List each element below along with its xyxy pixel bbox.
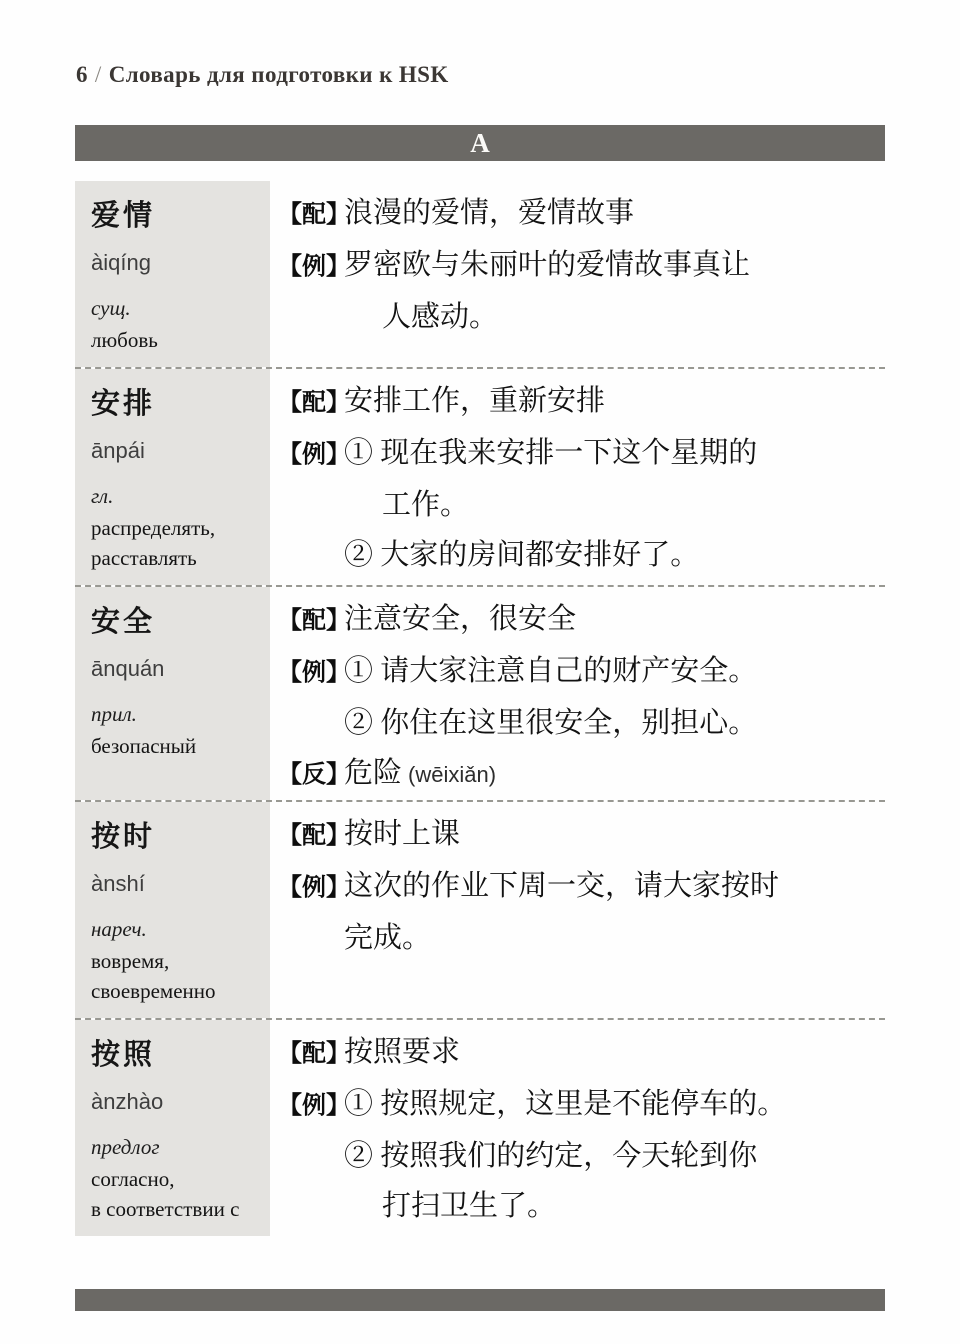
headword: 安排	[91, 381, 262, 422]
dictionary-page: 6/Словарь для подготовки к HSK A 爱情àiqín…	[0, 0, 960, 1344]
headword: 安全	[91, 599, 262, 640]
line-label: 【配】	[278, 596, 344, 646]
translation: вовремя,своевременно	[91, 946, 262, 1006]
translation-line: любовь	[91, 325, 262, 355]
translation-line: в соответствии с	[91, 1194, 262, 1224]
entries: 爱情àiqíngсущ.любовь【配】浪漫的爱情，爱情故事【例】罗密欧与朱丽…	[75, 181, 885, 1236]
section-letter: A	[470, 128, 490, 158]
headword: 爱情	[91, 193, 262, 234]
translation: согласно,в соответствии с	[91, 1164, 262, 1224]
entry-line: 人感动。	[278, 292, 885, 342]
entry-line: ② 你住在这里很安全，别担心。	[278, 698, 885, 748]
line-label: 【例】	[278, 863, 344, 913]
dictionary-entry: 安全ānquánприл.безопасный【配】注意安全，很安全【例】① 请…	[75, 585, 885, 800]
line-label: 【例】	[278, 1081, 344, 1131]
line-text: ② 你住在这里很安全，别担心。	[344, 707, 757, 739]
line-text: 罗密欧与朱丽叶的爱情故事真让	[344, 249, 750, 281]
translation-line: распределять,	[91, 513, 262, 543]
line-label: 【反】	[278, 750, 344, 800]
line-text: 完成。	[344, 922, 431, 954]
translation-line: вовремя,	[91, 946, 262, 976]
line-text: 打扫卫生了。	[382, 1190, 556, 1222]
entry-line: 【配】注意安全，很安全	[278, 594, 885, 646]
entry-right-panel: 【配】浪漫的爱情，爱情故事【例】罗密欧与朱丽叶的爱情故事真让人感动。	[270, 181, 885, 367]
part-of-speech: сущ.	[91, 294, 262, 322]
line-text: 这次的作业下周一交，请大家按时	[344, 870, 779, 902]
entry-left-panel: 按时ànshíнареч.вовремя,своевременно	[75, 802, 270, 1018]
entry-line: 【配】按照要求	[278, 1027, 885, 1079]
entry-line: 【例】① 现在我来安排一下这个星期的	[278, 428, 885, 480]
translation-line: согласно,	[91, 1164, 262, 1194]
dictionary-entry: 按照ànzhàoпредлогсогласно,в соответствии с…	[75, 1018, 885, 1236]
entry-line: 完成。	[278, 913, 885, 963]
line-text: 按时上课	[344, 818, 460, 850]
pinyin: àiqíng	[91, 250, 262, 276]
page-header: 6/Словарь для подготовки к HSK	[76, 62, 449, 88]
page-title: Словарь для подготовки к HSK	[109, 62, 449, 87]
entry-line: 【配】浪漫的爱情，爱情故事	[278, 188, 885, 240]
headword: 按时	[91, 814, 262, 855]
header-separator: /	[88, 62, 109, 87]
line-text: ① 按照规定，这里是不能停车的。	[344, 1088, 786, 1120]
entry-left-panel: 安全ānquánприл.безопасный	[75, 587, 270, 800]
translation: безопасный	[91, 731, 262, 761]
pinyin: ānquán	[91, 656, 262, 682]
line-label: 【配】	[278, 378, 344, 428]
line-label: 【配】	[278, 1029, 344, 1079]
entry-line: 【例】① 请大家注意自己的财产安全。	[278, 646, 885, 698]
entry-line: 打扫卫生了。	[278, 1181, 885, 1231]
entry-line: ② 大家的房间都安排好了。	[278, 530, 885, 580]
dictionary-entry: 按时ànshíнареч.вовремя,своевременно【配】按时上课…	[75, 800, 885, 1018]
line-label: 【配】	[278, 190, 344, 240]
part-of-speech: прил.	[91, 700, 262, 728]
part-of-speech: предлог	[91, 1133, 262, 1161]
section-letter-bar: A	[75, 125, 885, 161]
entry-line: 【反】危险(wēixiǎn)	[278, 748, 885, 800]
line-text: 按照要求	[344, 1036, 460, 1068]
line-text: 人感动。	[382, 301, 498, 333]
translation-line: расставлять	[91, 543, 262, 573]
entry-line: 【配】按时上课	[278, 809, 885, 861]
pinyin: ànshí	[91, 871, 262, 897]
line-text: ① 现在我来安排一下这个星期的	[344, 437, 757, 469]
footer-bar	[75, 1289, 885, 1311]
line-text: 安排工作，重新安排	[344, 385, 605, 417]
pinyin: ànzhào	[91, 1089, 262, 1115]
translation: распределять,расставлять	[91, 513, 262, 573]
entry-line: 【配】安排工作，重新安排	[278, 376, 885, 428]
line-text: ② 按照我们的约定，今天轮到你	[344, 1140, 757, 1172]
translation-line: безопасный	[91, 731, 262, 761]
line-text: 危险	[344, 757, 402, 789]
translation-line: своевременно	[91, 976, 262, 1006]
entry-right-panel: 【配】按时上课【例】这次的作业下周一交，请大家按时完成。	[270, 802, 885, 1018]
entry-line: 【例】这次的作业下周一交，请大家按时	[278, 861, 885, 913]
line-text: 浪漫的爱情，爱情故事	[344, 197, 634, 229]
entry-line: 【例】罗密欧与朱丽叶的爱情故事真让	[278, 240, 885, 292]
line-label: 【例】	[278, 648, 344, 698]
line-label: 【例】	[278, 430, 344, 480]
entry-line: 工作。	[278, 480, 885, 530]
line-text: 工作。	[382, 489, 469, 521]
pinyin: ānpái	[91, 438, 262, 464]
entry-line: 【例】① 按照规定，这里是不能停车的。	[278, 1079, 885, 1131]
translation: любовь	[91, 325, 262, 355]
line-label: 【例】	[278, 242, 344, 292]
line-pinyin-suffix: (wēixiǎn)	[408, 762, 496, 787]
line-text: 注意安全，很安全	[344, 603, 576, 635]
line-text: ② 大家的房间都安排好了。	[344, 539, 699, 571]
entry-right-panel: 【配】按照要求【例】① 按照规定，这里是不能停车的。② 按照我们的约定，今天轮到…	[270, 1020, 885, 1236]
entry-right-panel: 【配】安排工作，重新安排【例】① 现在我来安排一下这个星期的工作。② 大家的房间…	[270, 369, 885, 585]
part-of-speech: нареч.	[91, 915, 262, 943]
part-of-speech: гл.	[91, 482, 262, 510]
dictionary-entry: 爱情àiqíngсущ.любовь【配】浪漫的爱情，爱情故事【例】罗密欧与朱丽…	[75, 181, 885, 367]
dictionary-entry: 安排ānpáiгл.распределять,расставлять【配】安排工…	[75, 367, 885, 585]
entry-left-panel: 安排ānpáiгл.распределять,расставлять	[75, 369, 270, 585]
entry-left-panel: 爱情àiqíngсущ.любовь	[75, 181, 270, 367]
entry-line: ② 按照我们的约定，今天轮到你	[278, 1131, 885, 1181]
page-number: 6	[76, 62, 88, 87]
entry-right-panel: 【配】注意安全，很安全【例】① 请大家注意自己的财产安全。② 你住在这里很安全，…	[270, 587, 885, 800]
headword: 按照	[91, 1032, 262, 1073]
entry-left-panel: 按照ànzhàoпредлогсогласно,в соответствии с	[75, 1020, 270, 1236]
line-text: ① 请大家注意自己的财产安全。	[344, 655, 757, 687]
line-label: 【配】	[278, 811, 344, 861]
